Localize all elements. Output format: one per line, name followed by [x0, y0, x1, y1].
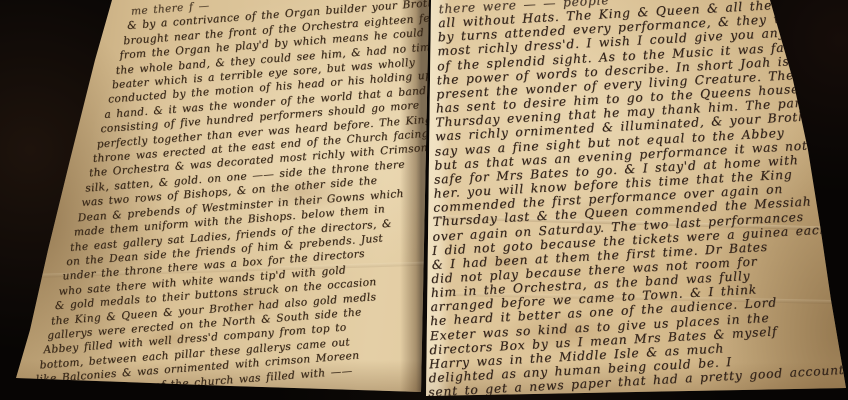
- handwriting-left-column: me there f —& by a contrivance of the Or…: [1, 0, 499, 400]
- photo-background: me there f —& by a contrivance of the Or…: [0, 0, 848, 400]
- handwriting-right-column: there were — — peopleall without Hats. T…: [430, 0, 848, 399]
